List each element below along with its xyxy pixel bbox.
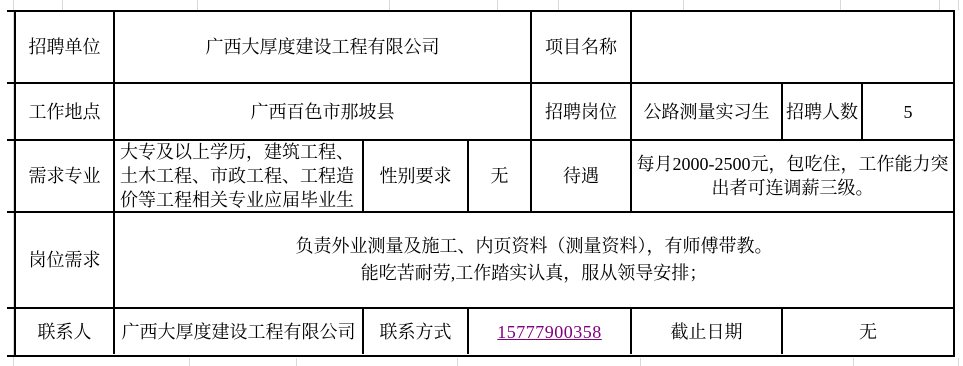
employer-value-cell: 广西大厚度建设工程有限公司: [115, 12, 532, 84]
sheet-gridline: [640, 358, 641, 366]
gender-requirement-label-cell: 性别要求: [364, 141, 469, 213]
headcount-value-cell: 5: [863, 84, 953, 141]
spreadsheet-screenshot: 招聘单位 广西大厚度建设工程有限公司 项目名称 工作地点 广西百色市那坡县 招聘…: [0, 0, 963, 366]
phone-number-link[interactable]: 15777900358: [497, 320, 602, 344]
position-label-cell: 招聘岗位: [532, 84, 632, 141]
employer-label-cell: 招聘单位: [16, 12, 115, 84]
sheet-gridline: [457, 358, 458, 366]
contact-method-label-cell: 联系方式: [364, 309, 469, 354]
headcount-label-cell: 招聘人数: [783, 84, 863, 141]
sheet-gridline: [683, 0, 684, 10]
deadline-value-cell: 无: [783, 309, 953, 354]
contact-phone-cell: 15777900358: [469, 309, 632, 354]
sheet-gridline: [958, 358, 959, 366]
sheet-gridline: [189, 358, 190, 366]
sheet-gridline: [197, 0, 198, 10]
project-name-label-cell: 项目名称: [532, 12, 632, 84]
sheet-gridline: [939, 0, 940, 10]
major-value-cell: 大专及以上学历，建筑工程、 土木工程、市政工程、工程造 价等工程相关专业应届毕业…: [115, 141, 364, 213]
sheet-gridline: [62, 0, 63, 10]
contact-value-cell: 广西大厚度建设工程有限公司: [115, 309, 364, 354]
job-duties-label-cell: 岗位需求: [16, 213, 115, 309]
recruitment-table: 招聘单位 广西大厚度建设工程有限公司 项目名称 工作地点 广西百色市那坡县 招聘…: [14, 10, 955, 357]
job-duties-value-cell: 负责外业测量及施工、内页资料（测量资料），有师傅带教。 能吃苦耐劳,工作踏实认真…: [115, 213, 953, 309]
salary-value-cell: 每月2000-2500元，包吃住，工作能力突 出者可连调薪三级。: [632, 141, 953, 213]
sheet-gridline: [840, 0, 841, 10]
position-value-cell: 公路测量实习生: [632, 84, 783, 141]
sheet-gridline: [958, 0, 959, 10]
sheet-gridline: [558, 0, 559, 10]
project-name-value-cell: [632, 12, 953, 84]
salary-label-cell: 待遇: [532, 141, 632, 213]
deadline-label-cell: 截止日期: [632, 309, 783, 354]
work-location-label-cell: 工作地点: [16, 84, 115, 141]
sheet-gridline: [853, 358, 854, 366]
sheet-gridline: [296, 358, 297, 366]
contact-label-cell: 联系人: [16, 309, 115, 354]
work-location-value-cell: 广西百色市那坡县: [115, 84, 532, 141]
sheet-gridline: [389, 0, 390, 10]
major-label-cell: 需求专业: [16, 141, 115, 213]
gender-requirement-value-cell: 无: [469, 141, 532, 213]
sheet-gridline: [497, 0, 498, 10]
